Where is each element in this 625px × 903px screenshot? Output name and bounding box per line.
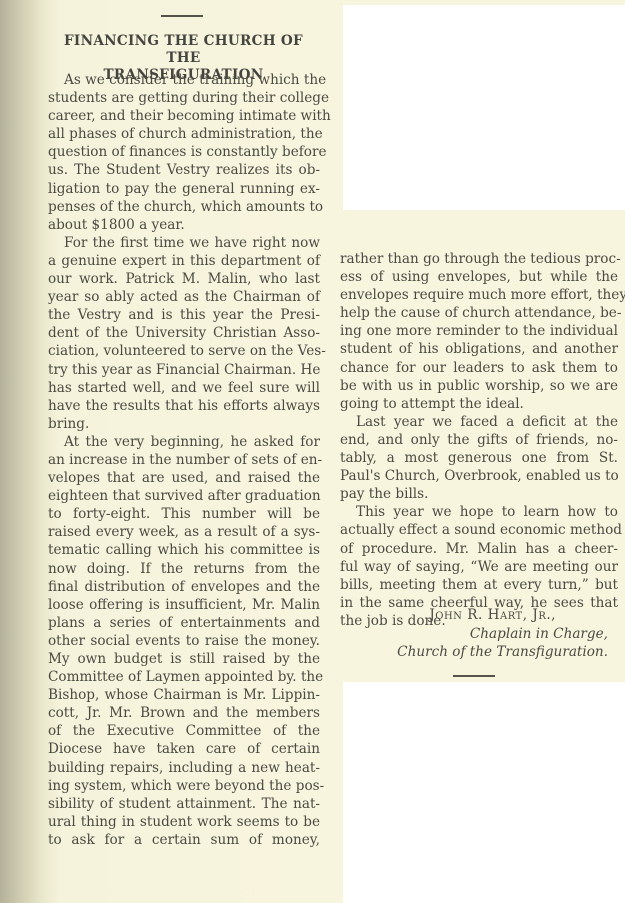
- text-line: rather than go through the tedious proc-: [340, 250, 618, 268]
- text-line: of procedure. Mr. Malin has a cheer-: [340, 540, 618, 558]
- text-line: now doing. If the returns from the: [48, 560, 320, 578]
- text-line: ural thing in student work seems to be: [48, 813, 320, 831]
- text-line: going to attempt the ideal.: [340, 395, 618, 413]
- text-line: to ask for a certain sum of money,: [48, 831, 320, 849]
- text-line: question of finances is constantly befor…: [48, 143, 320, 161]
- text-line: loose offering is insufficient, Mr. Mali…: [48, 596, 320, 614]
- author-church: Church of the Transfiguration.: [340, 643, 618, 662]
- right-text-column: rather than go through the tedious proc-…: [340, 250, 618, 630]
- text-line: plans a series of entertainments and: [48, 614, 320, 632]
- text-line: career, and their becoming intimate with: [48, 107, 320, 125]
- text-line: all phases of church administration, the: [48, 125, 320, 143]
- text-line: chance for our leaders to ask them to: [340, 359, 618, 377]
- text-line: bills, meeting them at every turn,” but: [340, 576, 618, 594]
- text-line: the Vestry and is this year the Presi-: [48, 306, 320, 324]
- text-line: sibility of student attainment. The nat-: [48, 795, 320, 813]
- title-line-1: FINANCING THE CHURCH OF THE: [46, 33, 321, 67]
- text-line: ciation, volunteered to serve on the Ves…: [48, 342, 320, 360]
- text-line: to forty-eight. This number will be: [48, 505, 320, 523]
- text-line: raised every week, as a result of a sys-: [48, 523, 320, 541]
- text-line: tematic calling which his committee is: [48, 541, 320, 559]
- text-line: pay the bills.: [340, 485, 618, 503]
- text-line: final distribution of envelopes and the: [48, 578, 320, 596]
- top-divider-rule: [161, 15, 203, 17]
- text-line: try this year as Financial Chairman. He: [48, 361, 320, 379]
- text-line: Committee of Laymen appointed by. the: [48, 668, 320, 686]
- text-line: end, and only the gifts of friends, no-: [340, 431, 618, 449]
- text-line: a genuine expert in this department of: [48, 252, 320, 270]
- text-line: help the cause of church attendance, be-: [340, 304, 618, 322]
- text-line: For the first time we have right now: [48, 234, 320, 252]
- text-line: other social events to raise the money.: [48, 632, 320, 650]
- text-line: building repairs, including a new heat-: [48, 759, 320, 777]
- text-line: Bishop, whose Chairman is Mr. Lippin-: [48, 686, 320, 704]
- text-line: Last year we faced a deficit at the: [340, 413, 618, 431]
- text-line: ess of using envelopes, but while the: [340, 268, 618, 286]
- text-line: has started well, and we feel sure will: [48, 379, 320, 397]
- text-line: ing one more reminder to the individual: [340, 322, 618, 340]
- signature-block: John R. Hart, Jr., Chaplain in Charge, C…: [340, 606, 618, 662]
- text-line: have the results that his efforts always: [48, 397, 320, 415]
- text-line: ligation to pay the general running ex-: [48, 180, 320, 198]
- text-line: cott, Jr. Mr. Brown and the members: [48, 704, 320, 722]
- text-line: dent of the University Christian Asso-: [48, 324, 320, 342]
- text-line: an increase in the number of sets of en-: [48, 451, 320, 469]
- text-line: eighteen that survived after graduation: [48, 487, 320, 505]
- text-line: Diocese have taken care of certain: [48, 740, 320, 758]
- text-line: student of his obligations, and another: [340, 340, 618, 358]
- text-line: of the Executive Committee of the: [48, 722, 320, 740]
- text-line: bring.: [48, 415, 320, 433]
- text-line: envelopes require much more effort, they: [340, 286, 618, 304]
- text-line: about $1800 a year.: [48, 216, 320, 234]
- text-line: year so ably acted as the Chairman of: [48, 288, 320, 306]
- text-line: velopes that are used, and raised the: [48, 469, 320, 487]
- text-line: At the very beginning, he asked for: [48, 433, 320, 451]
- text-line: tably, a most generous one from St.: [340, 449, 618, 467]
- blank-region-bottom: [343, 682, 625, 903]
- text-line: ful way of saying, “We are meeting our: [340, 558, 618, 576]
- author-title: Chaplain in Charge,: [340, 625, 618, 644]
- text-line: As we consider the training which the: [48, 71, 320, 89]
- end-divider-rule: [453, 675, 495, 677]
- left-text-column: As we consider the training which thestu…: [48, 71, 320, 849]
- text-line: actually effect a sound economic method: [340, 521, 618, 539]
- text-line: students are getting during their colleg…: [48, 89, 320, 107]
- text-line: be with us in public worship, so we are: [340, 377, 618, 395]
- blank-region-top: [343, 5, 625, 210]
- text-line: My own budget is still raised by the: [48, 650, 320, 668]
- text-line: Paul's Church, Overbrook, enabled us to: [340, 467, 618, 485]
- text-line: This year we hope to learn how to: [340, 503, 618, 521]
- text-line: us. The Student Vestry realizes its ob-: [48, 161, 320, 179]
- text-line: ing system, which were beyond the pos-: [48, 777, 320, 795]
- author-name: John R. Hart, Jr.,: [340, 606, 618, 625]
- text-line: our work. Patrick M. Malin, who last: [48, 270, 320, 288]
- text-line: penses of the church, which amounts to: [48, 198, 320, 216]
